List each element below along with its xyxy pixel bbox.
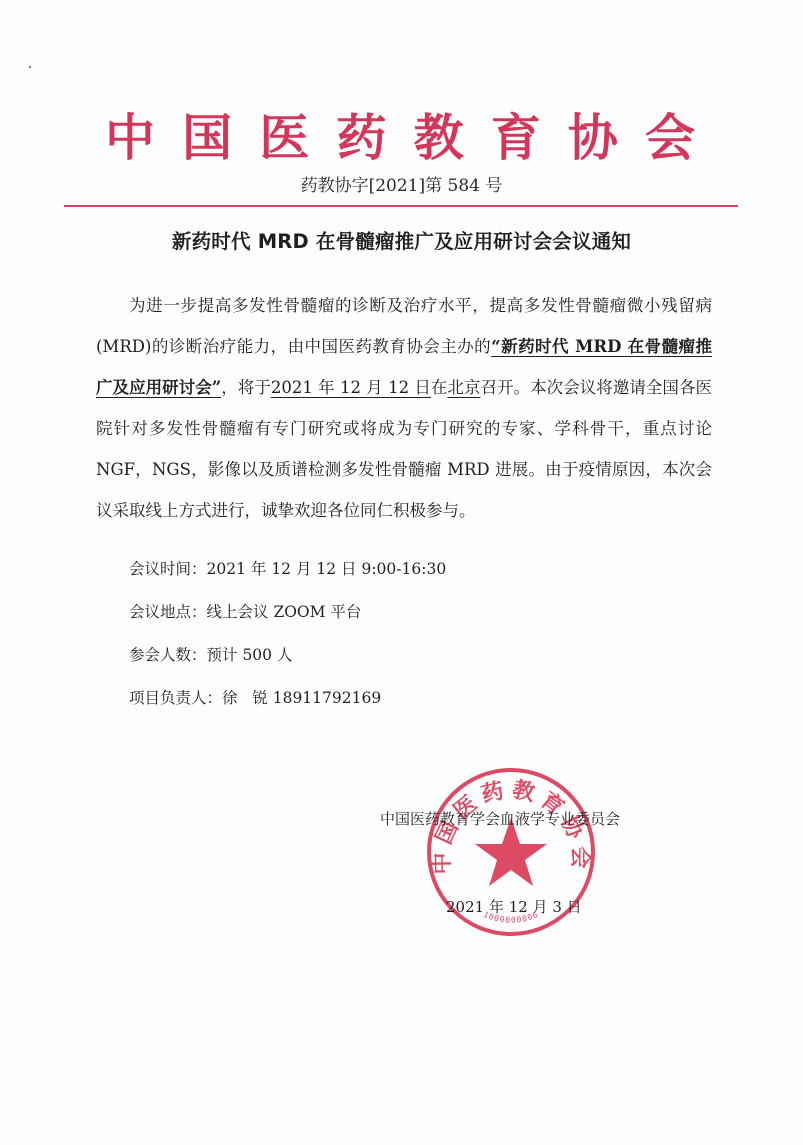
body-text: 在 — [431, 378, 448, 397]
detail-value: 2021 年 12 月 12 日 9:00-16:30 — [207, 560, 447, 578]
detail-meeting-location: 会议地点：线上会议 ZOOM 平台 — [129, 591, 446, 634]
organization-letterhead: 中 国 医 药 教 育 协 会 — [100, 108, 700, 168]
letterhead-char: 教 — [409, 108, 469, 168]
notice-title: 新药时代 MRD 在骨髓瘤推广及应用研讨会会议通知 — [0, 228, 803, 256]
meeting-details: 会议时间：2021 年 12 月 12 日 9:00-16:30 会议地点：线上… — [129, 548, 446, 720]
letterhead-char: 会 — [640, 108, 700, 168]
detail-label: 会议地点： — [129, 603, 207, 621]
letterhead-char: 药 — [331, 108, 391, 168]
event-date: 2021 年 12 月 12 日 — [271, 378, 431, 397]
letterhead-char: 国 — [177, 108, 237, 168]
letterhead-divider — [64, 205, 738, 207]
detail-label: 项目负责人： — [129, 689, 222, 707]
document-number: 药教协字[2021]第 584 号 — [0, 174, 803, 198]
letterhead-char: 医 — [254, 108, 314, 168]
detail-value: 预计 500 人 — [207, 646, 293, 664]
detail-meeting-time: 会议时间：2021 年 12 月 12 日 9:00-16:30 — [129, 548, 446, 591]
notice-body-paragraph: 为进一步提高多发性骨髓瘤的诊断及治疗水平，提高多发性骨髓瘤微小残留病(MRD)的… — [96, 285, 712, 531]
detail-value: 线上会议 ZOOM 平台 — [207, 603, 362, 621]
event-city: 北京 — [447, 378, 480, 397]
body-text: 召开。本次会议将邀请全国各医院针对多发性骨髓瘤有专门研究或将成为专门研究的专家、… — [96, 378, 712, 520]
document-page: 中 国 医 药 教 育 协 会 药教协字[2021]第 584 号 新药时代 M… — [0, 0, 803, 1145]
letterhead-char: 中 — [100, 108, 160, 168]
letterhead-char: 协 — [563, 108, 623, 168]
detail-project-lead: 项目负责人：徐 锐 18911792169 — [129, 677, 446, 720]
detail-label: 会议时间： — [129, 560, 207, 578]
detail-label: 参会人数： — [129, 646, 207, 664]
detail-attendees: 参会人数：预计 500 人 — [129, 634, 446, 677]
detail-value: 徐 锐 18911792169 — [222, 689, 381, 707]
body-text: ，将于 — [221, 378, 271, 397]
issue-date: 2021 年 12 月 3 日 — [446, 896, 582, 918]
issuer-signature: 中国医药教育学会血液学专业委员会 — [380, 808, 620, 830]
letterhead-char: 育 — [486, 108, 546, 168]
scan-speck — [29, 66, 31, 68]
